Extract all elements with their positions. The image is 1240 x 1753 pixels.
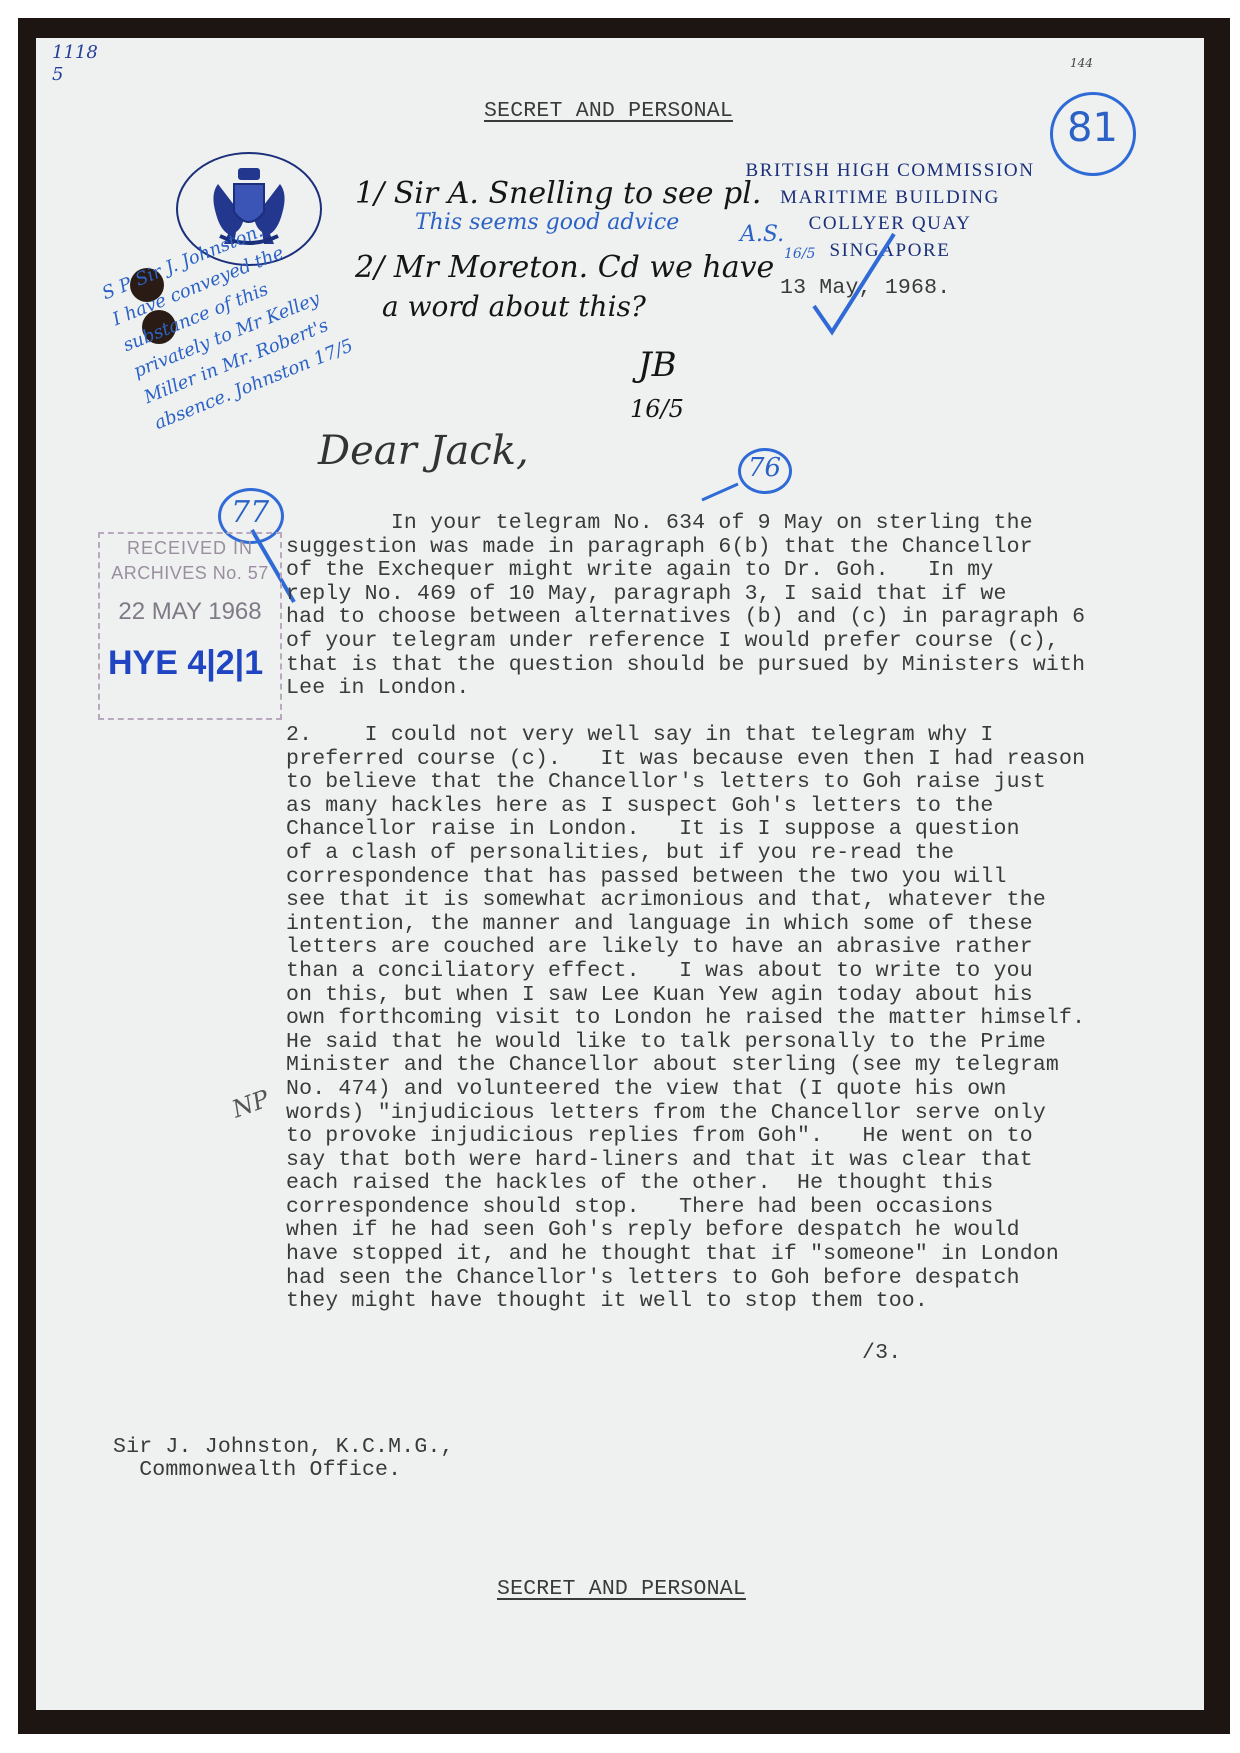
minute-2-line-2: a word about this? (382, 290, 646, 323)
circled-folio-81: 81 (1050, 92, 1136, 176)
initials-jb-date: 16/5 (630, 395, 684, 423)
paragraph-2: 2. I could not very well say in that tel… (286, 724, 1085, 1314)
archive-stamp: RECEIVED IN ARCHIVES No. 57 22 MAY 1968 … (98, 532, 282, 720)
minute-1-reply: This seems good advice (415, 210, 679, 235)
classification-bottom: SECRET AND PERSONAL (497, 1578, 746, 1602)
paragraph-1: In your telegram No. 634 of 9 May on ste… (286, 512, 1085, 701)
minute-1: 1/ Sir A. Snelling to see pl. (355, 176, 761, 211)
initials-as: A.S. (740, 222, 784, 247)
classification-top: SECRET AND PERSONAL (484, 100, 733, 124)
pointer-line (700, 480, 744, 504)
checkmark-icon (810, 228, 900, 338)
salutation: Dear Jack, (318, 428, 529, 474)
letterhead-line-2: MARITIME BUILDING (730, 187, 1050, 209)
folio-number-right: 144 (1070, 56, 1093, 70)
continuation-marker: /3. (862, 1342, 901, 1366)
initials-jb: JB (638, 345, 677, 385)
letterhead-line-1: BRITISH HIGH COMMISSION (730, 160, 1050, 182)
addressee-name: Sir J. Johnston, K.C.M.G., (113, 1436, 454, 1460)
addressee-office: Commonwealth Office. (113, 1459, 401, 1483)
circled-folio-76: 76 (738, 448, 792, 494)
folio-number-left: 1118 5 (52, 42, 98, 86)
minute-2-line-1: 2/ Mr Moreton. Cd we have (355, 250, 774, 285)
